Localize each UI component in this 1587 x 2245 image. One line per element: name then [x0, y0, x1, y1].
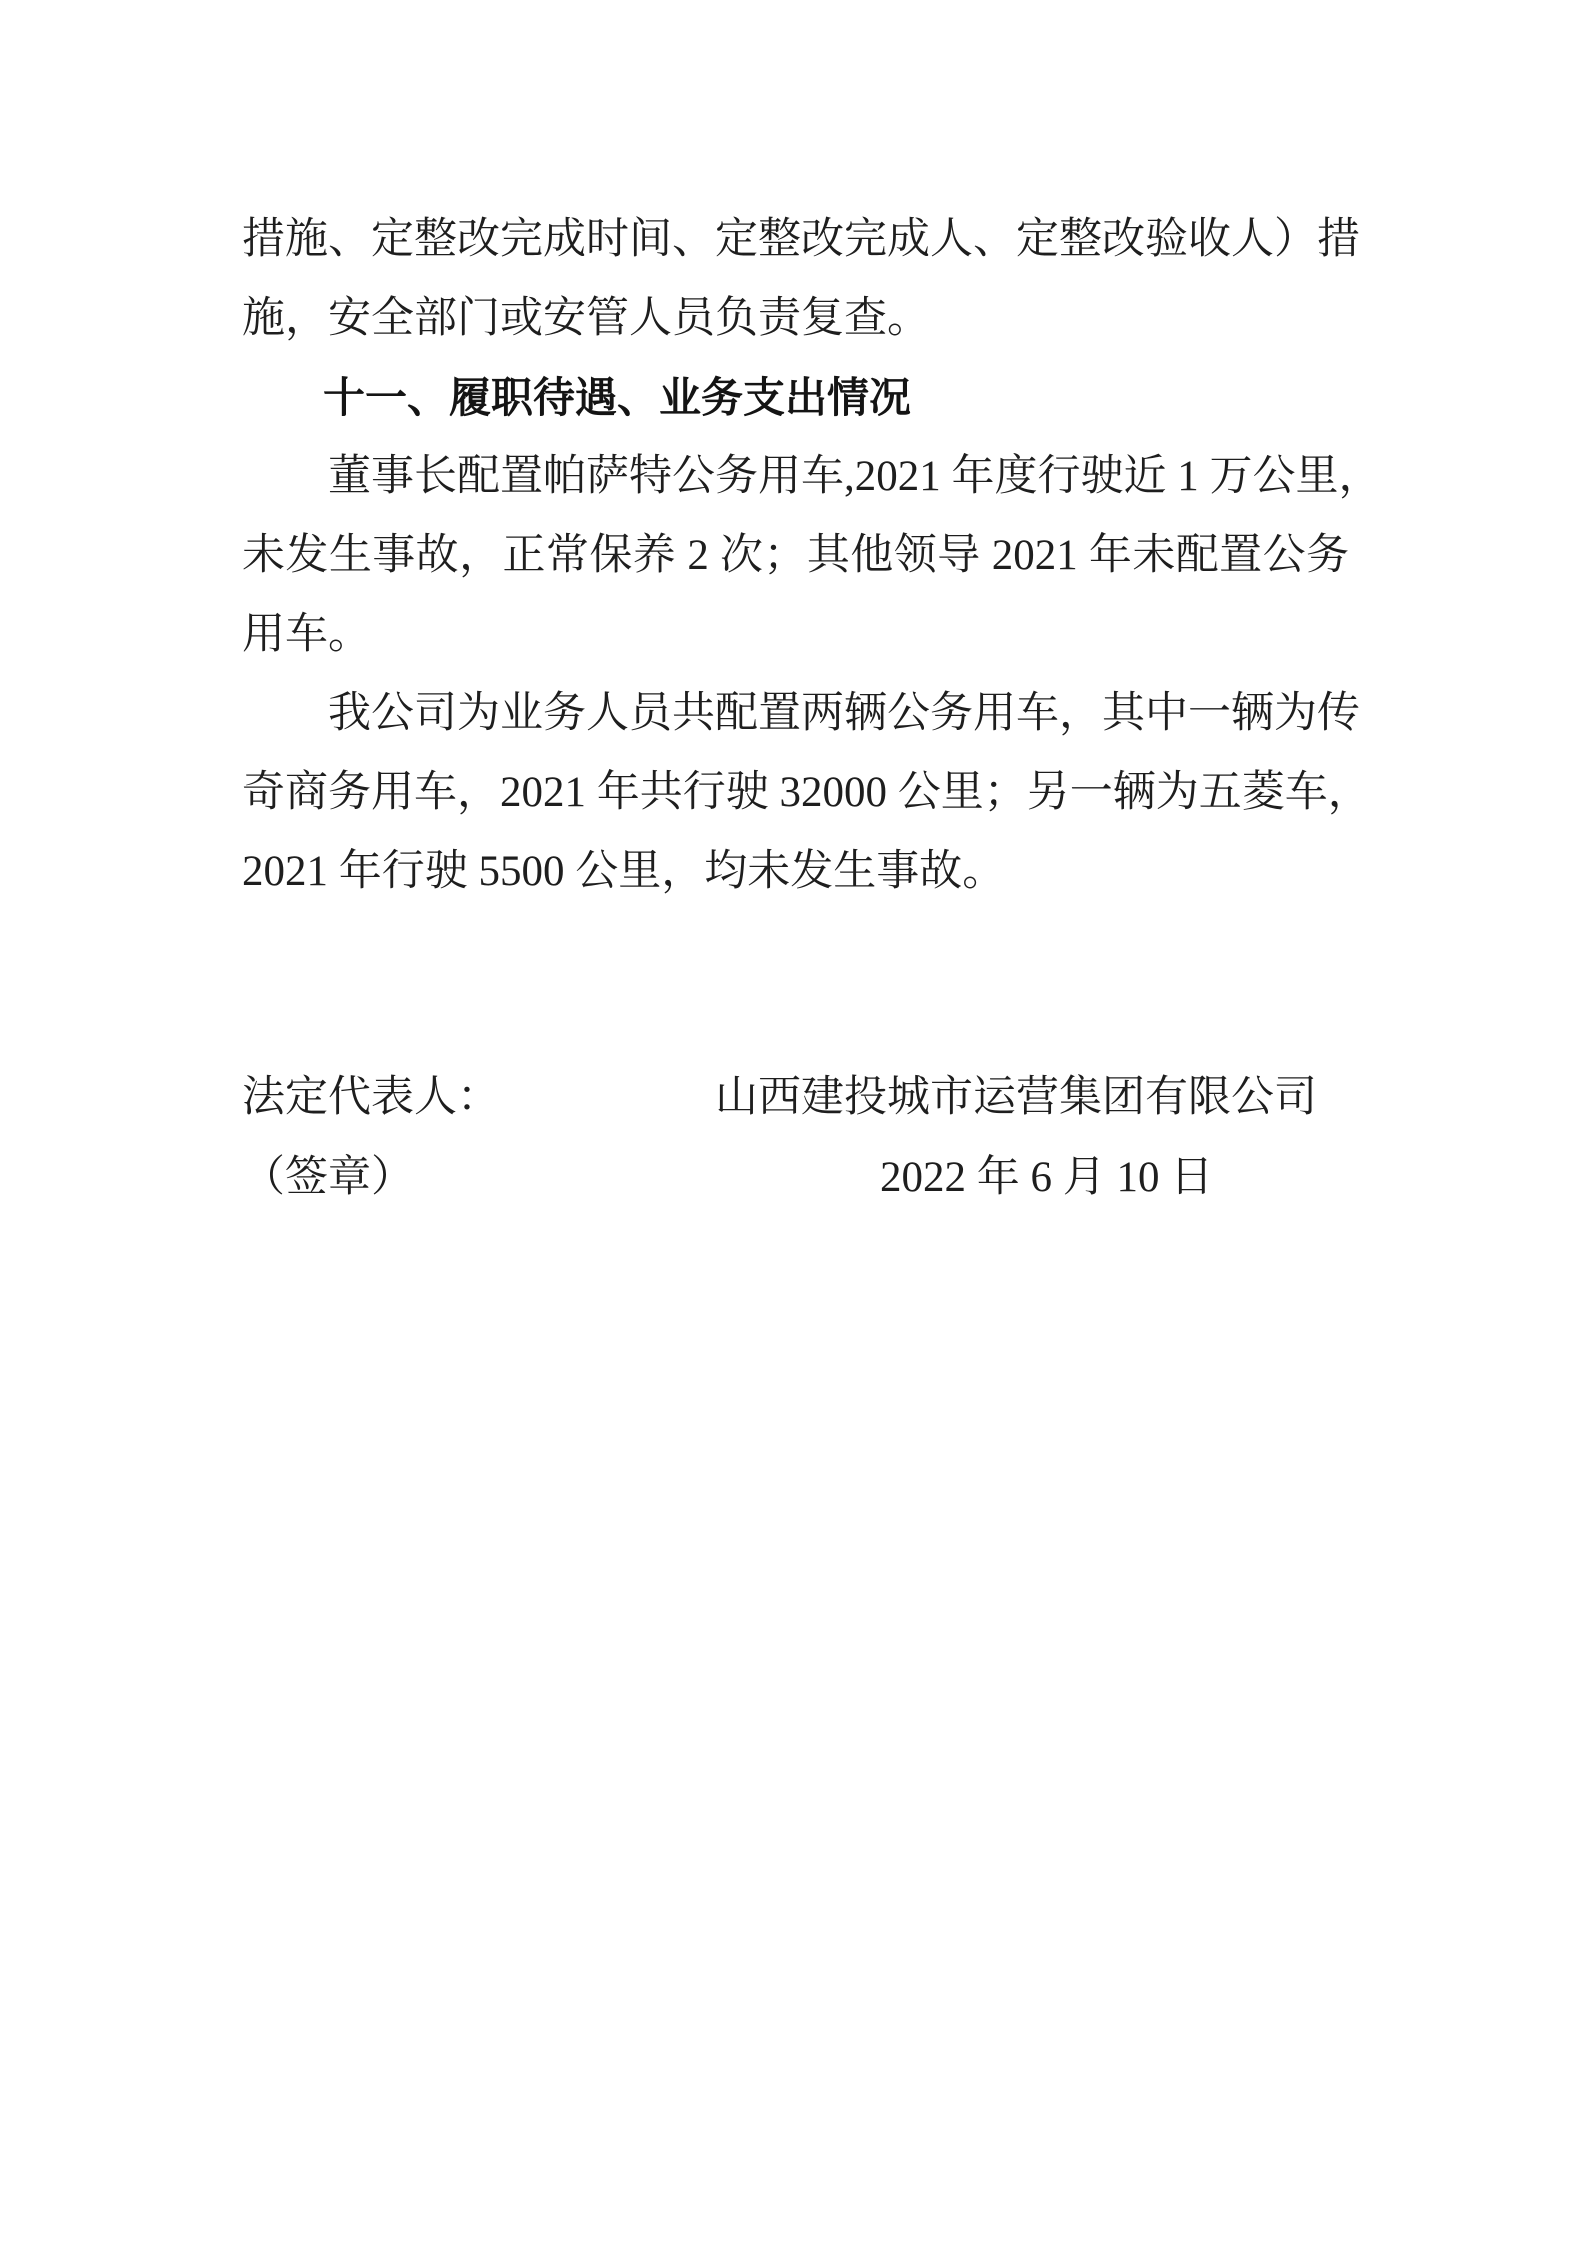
paragraph-line: 奇商务用车，2021 年共行驶 32000 公里；另一辆为五菱车，: [242, 753, 1349, 832]
section-heading: 十一、履职待遇、业务支出情况: [242, 358, 1349, 437]
seal-label: （签章）: [242, 1138, 880, 1218]
paragraph-line: 措施、定整改完成时间、定整改完成人、定整改验收人）措: [242, 200, 1349, 279]
signature-row: （签章）2022 年 6 月 10 日: [242, 1138, 1349, 1218]
document-content: 措施、定整改完成时间、定整改完成人、定整改验收人）措 施，安全部门或安管人员负责…: [242, 200, 1349, 1218]
paragraph-line: 我公司为业务人员共配置两辆公务用车，其中一辆为传: [242, 674, 1349, 753]
paragraph-line: 2021 年行驶 5500 公里，均未发生事故。: [242, 832, 1349, 911]
company-name: 山西建投城市运营集团有限公司: [715, 1058, 1317, 1138]
signature-block: 法定代表人：山西建投城市运营集团有限公司 （签章）2022 年 6 月 10 日: [242, 1058, 1349, 1218]
paragraph-line: 用车。: [242, 595, 1349, 674]
document-page: 措施、定整改完成时间、定整改完成人、定整改验收人）措 施，安全部门或安管人员负责…: [0, 0, 1587, 2245]
paragraph-line: 未发生事故，正常保养 2 次；其他领导 2021 年未配置公务: [242, 516, 1349, 595]
paragraph-line: 施，安全部门或安管人员负责复查。: [242, 279, 1349, 358]
paragraph-line: 董事长配置帕萨特公务用车,2021 年度行驶近 1 万公里，: [242, 437, 1349, 516]
signature-date: 2022 年 6 月 10 日: [880, 1138, 1213, 1218]
legal-representative-label: 法定代表人：: [242, 1058, 715, 1138]
signature-row: 法定代表人：山西建投城市运营集团有限公司: [242, 1058, 1349, 1138]
